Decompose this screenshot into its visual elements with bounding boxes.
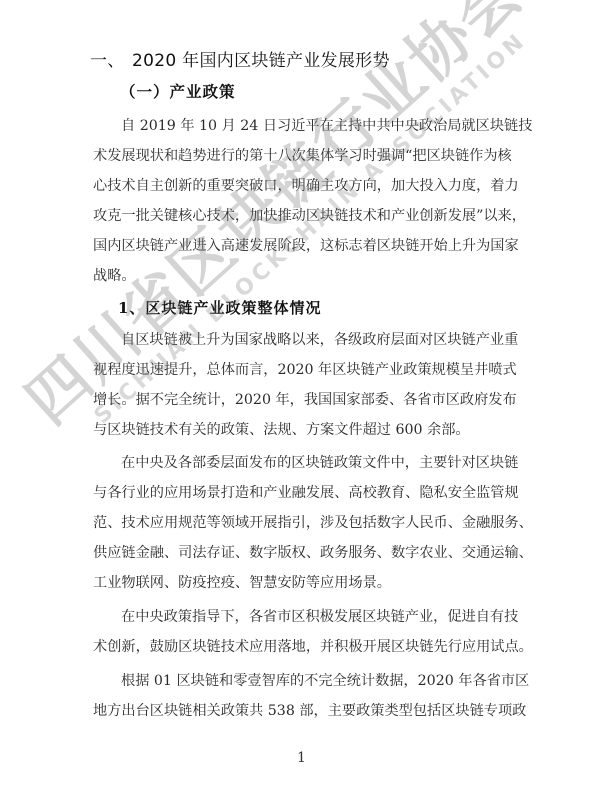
paragraph-3-line: 工业物联网、防疫控疫、智慧安防等应用场景。: [93, 573, 391, 593]
paragraph-2-line: 与区块链技术有关的政策、法规、方案文件超过 600 余部。: [93, 420, 470, 440]
paragraph-3-line: 供应链金融、司法存证、数字版权、政务服务、数字农业、交通运输、: [93, 543, 510, 563]
paragraph-4-line: 在中央政策指导下，各省市区积极发展区块链产业，促进自有技: [121, 607, 510, 627]
section-heading-1: 一、2020 年国内区块链产业发展形势: [90, 46, 390, 71]
paragraph-3-line: 与各行业的应用场景打造和产业融发展、高校教育、隐私安全监管规: [93, 483, 510, 503]
subsubsection-heading: 1、区块链产业政策整体情况: [118, 297, 321, 318]
paragraph-5-line: 根据 01 区块链和零壹智库的不完全统计数据，2020 年各省市区: [121, 671, 510, 691]
section-number: 一、: [90, 46, 132, 71]
document-page: 一、2020 年国内区块链产业发展形势 （一）产业政策 自 2019 年 10 …: [0, 0, 600, 789]
paragraph-1-line: 国内区块链产业进入高速发展阶段，这标志着区块链开始上升为国家: [93, 236, 510, 256]
paragraph-1-line: 攻克一批关键核心技术，加快推动区块链技术和产业创新发展”以来，: [93, 206, 510, 226]
section-title: 2020 年国内区块链产业发展形势: [132, 51, 390, 71]
page-number: 1: [297, 750, 306, 766]
paragraph-1-line: 战略。: [93, 266, 136, 286]
paragraph-3-line: 在中央及各部委层面发布的区块链政策文件中，主要针对区块链: [121, 453, 510, 473]
paragraph-5-line: 地方出台区块链相关政策共 538 部，主要政策类型包括区块链专项政: [93, 701, 510, 721]
paragraph-1-line: 自 2019 年 10 月 24 日习近平在主持中共中央政治局就区块链技: [121, 116, 510, 136]
paragraph-2-line: 视程度迅速提升，总体而言，2020 年区块链产业政策规模呈井喷式: [93, 360, 510, 380]
paragraph-2-line: 自区块链被上升为国家战略以来，各级政府层面对区块链产业重: [121, 330, 510, 350]
paragraph-1-line: 心技术自主创新的重要突破口，明确主攻方向，加大投入力度，着力: [93, 176, 510, 196]
paragraph-2-line: 增长。据不完全统计，2020 年，我国国家部委、各省市区政府发布: [93, 390, 510, 410]
paragraph-1-line: 术发展现状和趋势进行的第十八次集体学习时强调“把区块链作为核: [93, 146, 510, 166]
paragraph-4-line: 术创新，鼓励区块链技术应用落地，并积极开展区块链先行应用试点。: [93, 637, 510, 657]
subsection-heading: （一）产业政策: [120, 80, 236, 102]
paragraph-3-line: 范、技术应用规范等领域开展指引，涉及包括数字人民币、金融服务、: [93, 513, 510, 533]
